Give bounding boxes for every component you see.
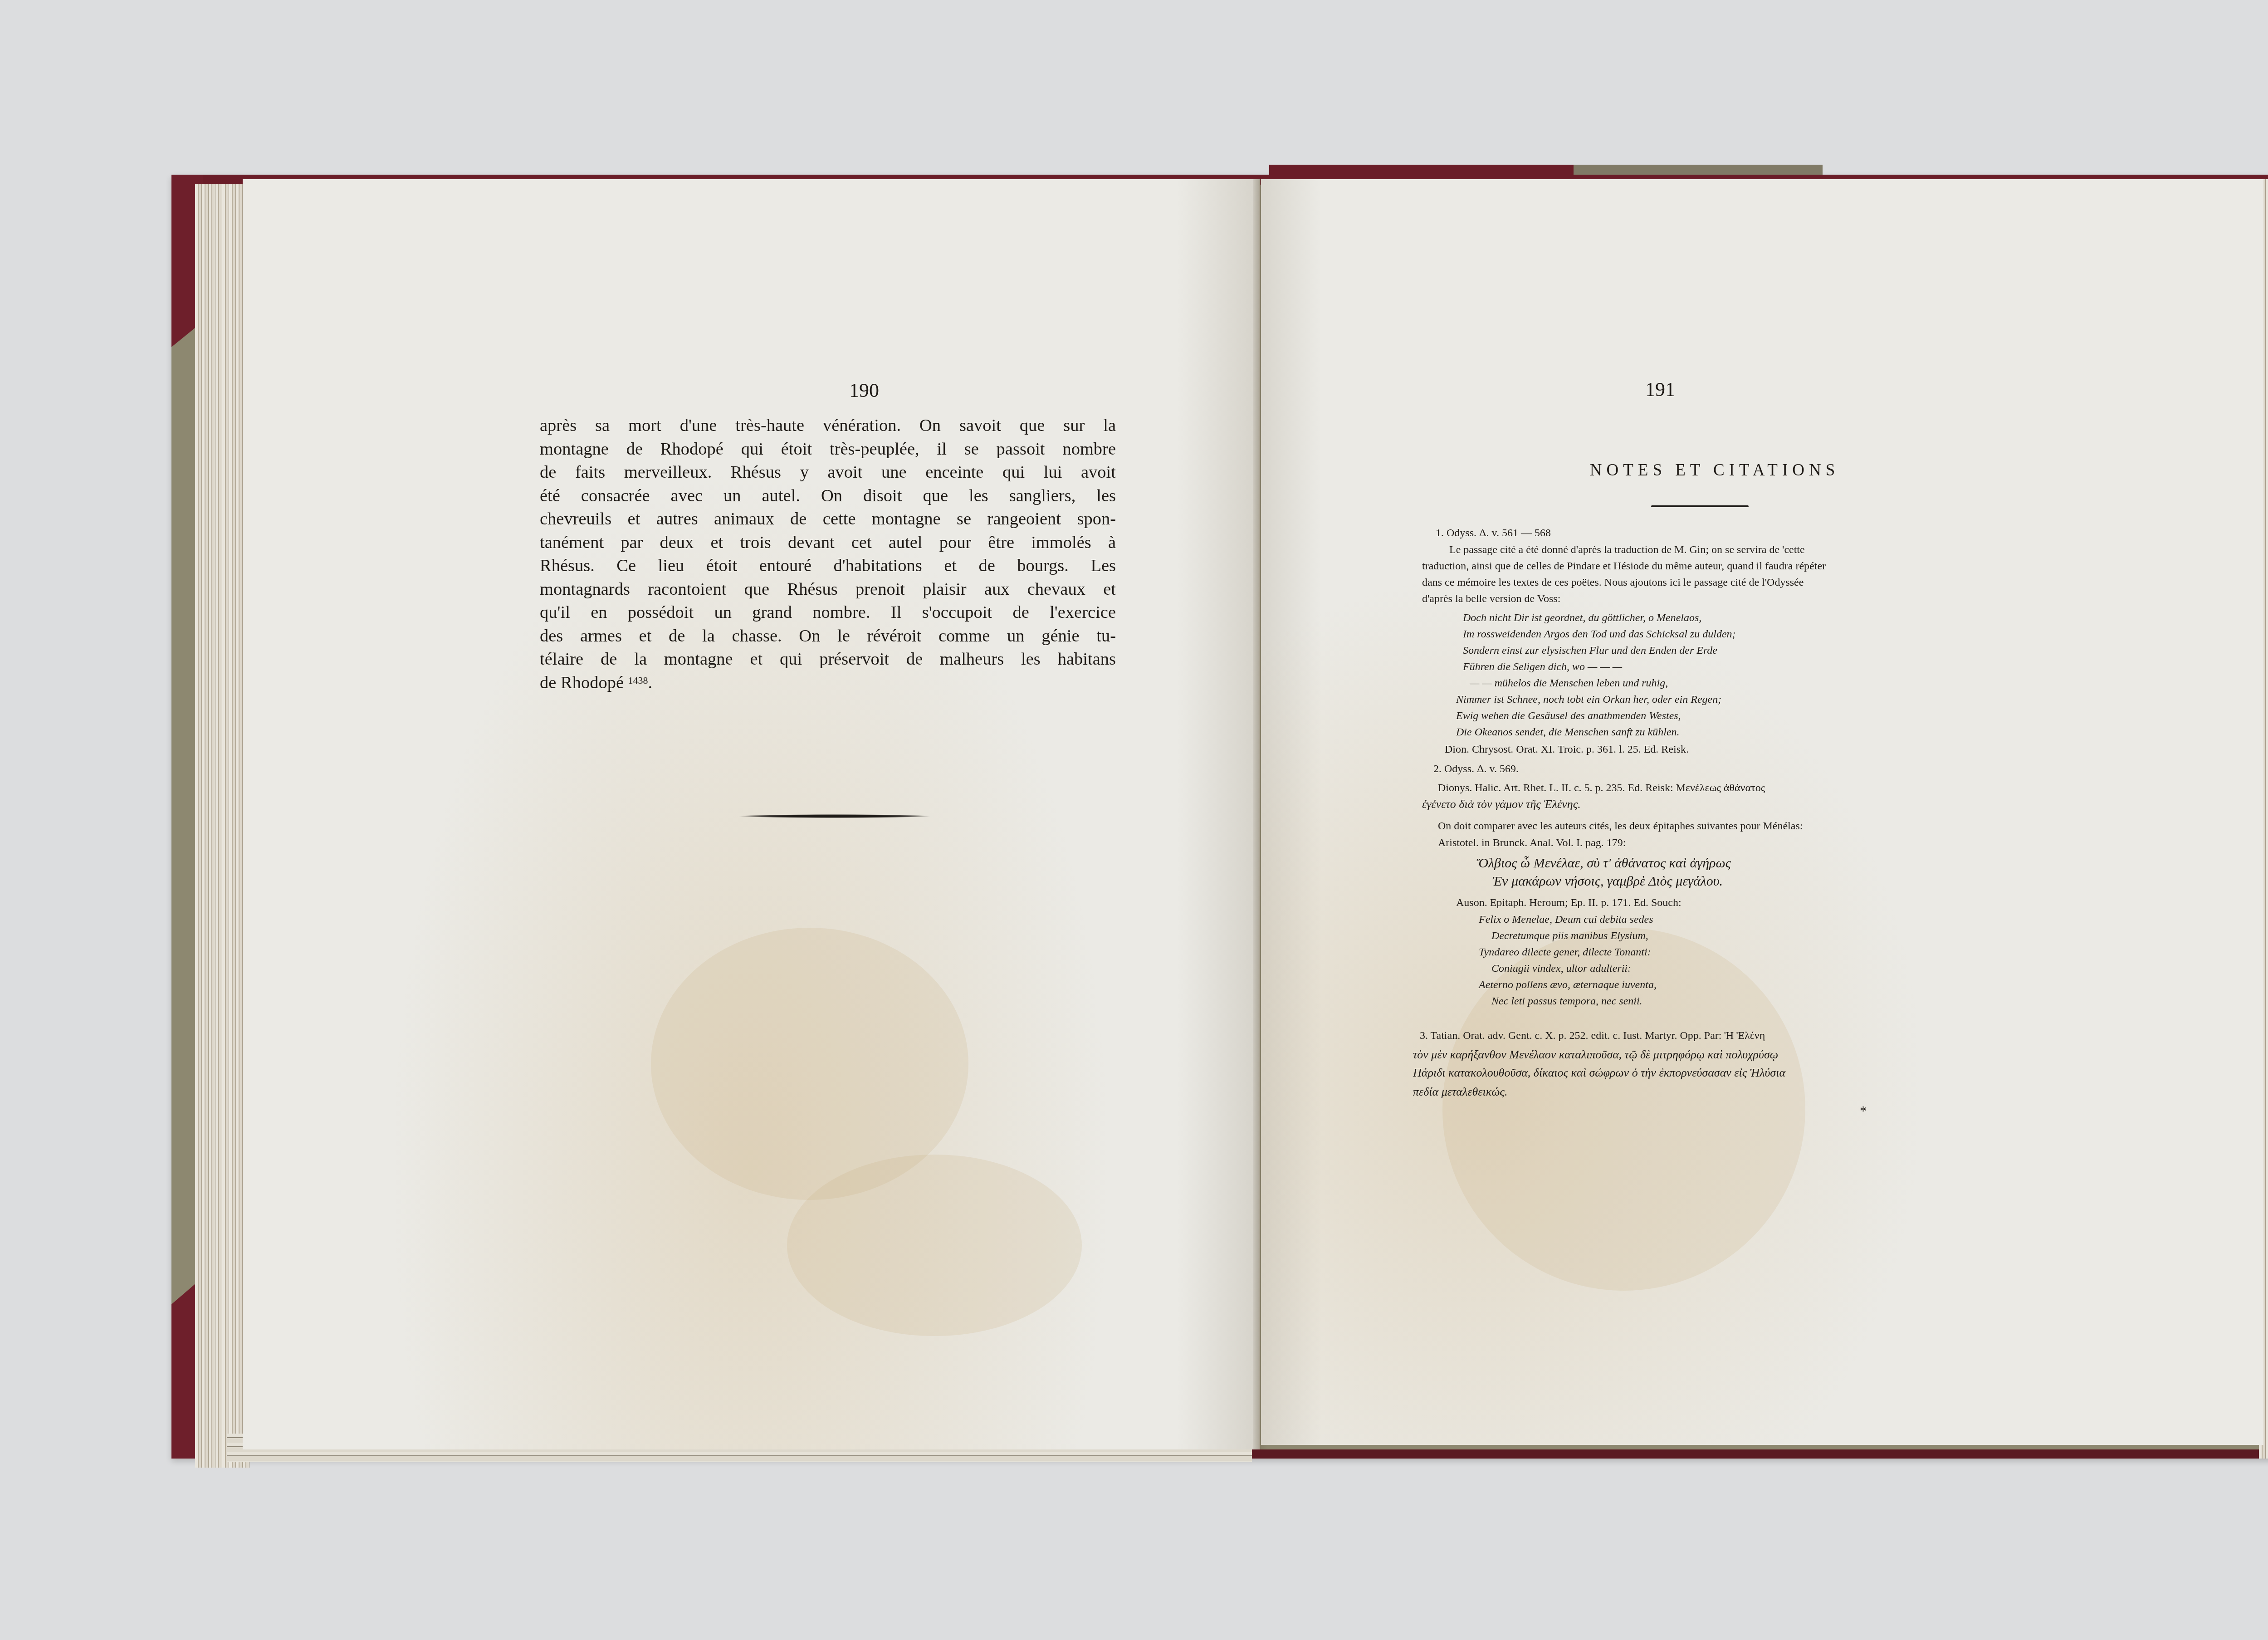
note-line: Auson. Epitaph. Heroum; Ep. II. p. 171. …: [1456, 896, 1681, 910]
note-line: Ὄλβιος ὦ Μενέλαε, σὺ τ' ἀθάνατος καὶ ἀγή…: [1476, 857, 1731, 870]
note-line: Ewig wehen die Gesäusel des anathmenden …: [1456, 709, 1681, 723]
note-line: On doit comparer avec les auteurs cités,…: [1438, 819, 1803, 833]
note-line: τὸν μὲν καρήξανθον Μενέλαον καταλιποῦσα,…: [1413, 1048, 1778, 1062]
notes-list: 1. Odyss. Δ. v. 561 — 568Le passage cité…: [0, 0, 2268, 1640]
note-line: 3. Tatian. Orat. adv. Gent. c. X. p. 252…: [1420, 1029, 1765, 1043]
note-line: Felix o Menelae, Deum cui debita sedes: [1479, 913, 1653, 926]
note-line: 1. Odyss. Δ. v. 561 — 568: [1436, 526, 1551, 540]
note-line: Nec leti passus tempora, nec senii.: [1491, 994, 1642, 1008]
note-line: Dion. Chrysost. Orat. XI. Troic. p. 361.…: [1445, 743, 1689, 756]
note-line: Ἐν μακάρων νήσοις, γαμβρὲ Διὸς μεγάλου.: [1492, 875, 1723, 888]
note-line: Sondern einst zur elysischen Flur und de…: [1463, 644, 1717, 657]
note-line: Führen die Seligen dich, wo — — —: [1463, 660, 1622, 674]
note-line: d'après la belle version de Voss:: [1422, 592, 1560, 606]
note-line: 2. Odyss. Δ. v. 569.: [1433, 762, 1519, 776]
note-line: Im rossweidenden Argos den Tod und das S…: [1463, 627, 1736, 641]
note-line: Tyndareo dilecte gener, dilecte Tonanti:: [1479, 945, 1651, 959]
note-line: Decretumque piis manibus Elysium,: [1491, 929, 1648, 943]
note-line: Dionys. Halic. Art. Rhet. L. II. c. 5. p…: [1438, 781, 1765, 795]
note-line: Aeterno pollens ævo, æternaque iuventa,: [1479, 978, 1657, 992]
note-line: — — mühelos die Menschen leben und ruhig…: [1470, 676, 1668, 690]
note-line: Le passage cité a été donné d'après la t…: [1449, 543, 1805, 557]
note-line: Coniugii vindex, ultor adulterii:: [1491, 962, 1631, 975]
note-line: traduction, ainsi que de celles de Pinda…: [1422, 559, 1826, 573]
note-line: Doch nicht Dir ist geordnet, du göttlich…: [1463, 611, 1701, 625]
note-line: dans ce mémoire les textes de ces poëtes…: [1422, 576, 1804, 589]
note-line: πεδία μεταλεθεικώς.: [1413, 1085, 1507, 1099]
note-line: Aristotel. in Brunck. Anal. Vol. I. pag.…: [1438, 836, 1626, 850]
note-line: Nimmer ist Schnee, noch tobt ein Orkan h…: [1456, 693, 1721, 706]
note-line: Πάριδι κατακολουθοῦσα, δίκαιος καὶ σώφρω…: [1413, 1066, 1785, 1080]
note-line: Die Okeanos sendet, die Menschen sanft z…: [1456, 725, 1680, 739]
note-line: ἐγένετο διὰ τὸν γάμον τῆς Ἑλένης.: [1422, 798, 1581, 811]
end-asterisk: *: [1860, 1103, 1867, 1119]
